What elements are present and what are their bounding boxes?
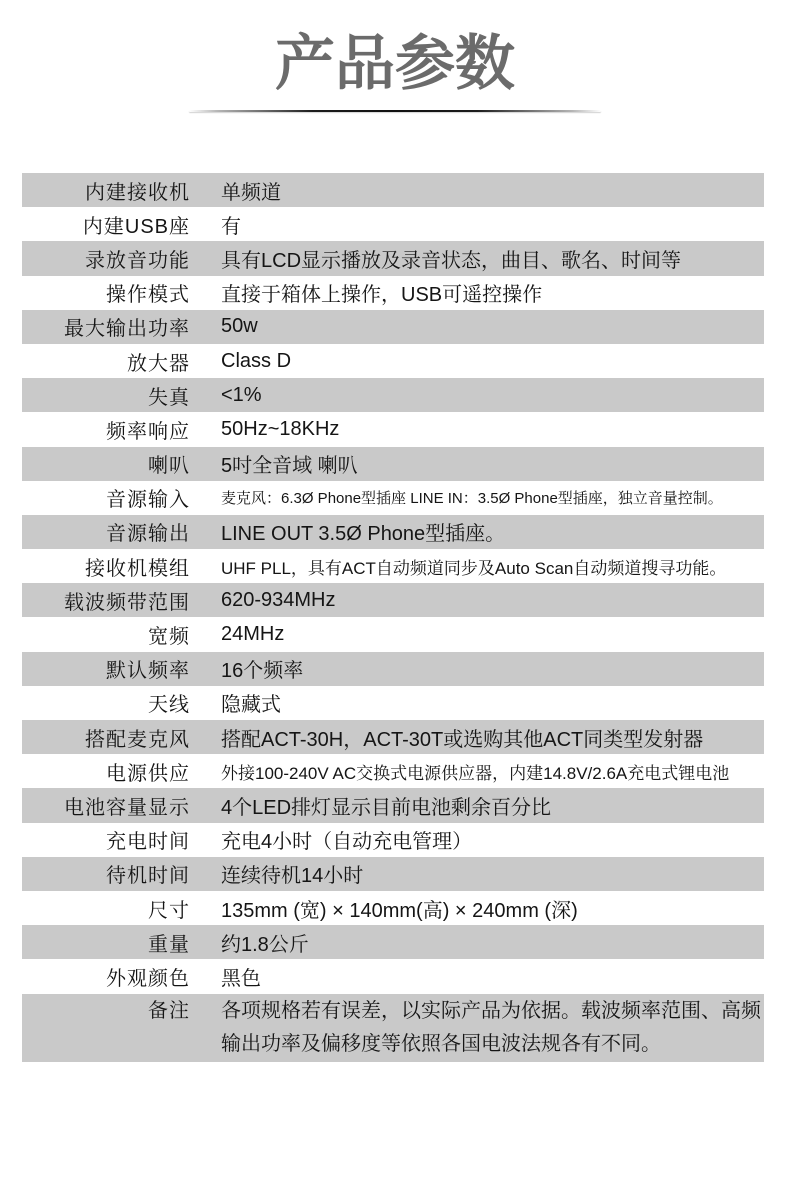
title-divider xyxy=(189,110,601,112)
spec-label: 内建USB座 xyxy=(22,210,190,239)
spec-row: 载波频带范围620-934MHz xyxy=(22,583,764,617)
spec-row: 内建接收机单频道 xyxy=(22,173,764,207)
spec-label: 电池容量显示 xyxy=(22,791,190,820)
spec-row: 喇叭5吋全音域 喇叭 xyxy=(22,447,764,481)
spec-label: 重量 xyxy=(22,928,190,957)
spec-value: 620-934MHz xyxy=(221,589,764,612)
spec-value: 单频道 xyxy=(221,176,764,205)
spec-value: 5吋全音域 喇叭 xyxy=(221,449,764,478)
spec-row: 充电时间充电4小时（自动充电管理） xyxy=(22,823,764,857)
product-spec-page: 产品参数 内建接收机单频道内建USB座有录放音功能具有LCD显示播放及录音状态，… xyxy=(0,0,790,1180)
spec-row: 录放音功能具有LCD显示播放及录音状态，曲目、歌名、时间等 xyxy=(22,241,764,275)
spec-row: 宽频24MHz xyxy=(22,617,764,651)
spec-row: 操作模式直接于箱体上操作，USB可遥控操作 xyxy=(22,276,764,310)
spec-value: UHF PLL，具有ACT自动频道同步及Auto Scan自动频道搜寻功能。 xyxy=(221,554,764,579)
spec-label: 喇叭 xyxy=(22,449,190,478)
spec-value: 隐藏式 xyxy=(221,688,764,717)
spec-row: 默认频率16个频率 xyxy=(22,652,764,686)
spec-label: 默认频率 xyxy=(22,654,190,683)
spec-table: 内建接收机单频道内建USB座有录放音功能具有LCD显示播放及录音状态，曲目、歌名… xyxy=(22,173,764,1062)
spec-value: <1% xyxy=(221,384,764,407)
spec-value: 50w xyxy=(221,315,764,338)
spec-row: 音源输入麦克风：6.3Ø Phone型插座 LINE IN：3.5Ø Phone… xyxy=(22,481,764,515)
spec-label: 放大器 xyxy=(22,347,190,376)
spec-label: 搭配麦克风 xyxy=(22,723,190,752)
spec-label: 接收机模组 xyxy=(22,552,190,581)
spec-value: 50Hz~18KHz xyxy=(221,418,764,441)
spec-value: 直接于箱体上操作，USB可遥控操作 xyxy=(221,278,764,307)
spec-value: 24MHz xyxy=(221,623,764,646)
spec-label: 充电时间 xyxy=(22,825,190,854)
spec-value: LINE OUT 3.5Ø Phone型插座。 xyxy=(221,517,764,546)
spec-value: 麦克风：6.3Ø Phone型插座 LINE IN：3.5Ø Phone型插座，… xyxy=(221,487,764,508)
spec-value: 有 xyxy=(221,210,764,239)
spec-label: 尺寸 xyxy=(22,894,190,923)
spec-label: 音源输出 xyxy=(22,517,190,546)
spec-label: 天线 xyxy=(22,688,190,717)
spec-value: 4个LED排灯显示目前电池剩余百分比 xyxy=(221,791,764,820)
spec-label: 失真 xyxy=(22,381,190,410)
spec-label: 频率响应 xyxy=(22,415,190,444)
spec-value: Class D xyxy=(221,350,764,373)
spec-label: 待机时间 xyxy=(22,859,190,888)
spec-row: 失真<1% xyxy=(22,378,764,412)
spec-label: 载波频带范围 xyxy=(22,586,190,615)
page-title: 产品参数 xyxy=(0,24,790,104)
spec-value: 135mm (宽) × 140mm(高) × 240mm (深) xyxy=(221,894,764,923)
spec-row: 天线隐藏式 xyxy=(22,686,764,720)
spec-label: 电源供应 xyxy=(22,757,190,786)
spec-row: 最大输出功率50w xyxy=(22,310,764,344)
spec-value: 外接100-240V AC交换式电源供应器，内建14.8V/2.6A充电式锂电池 xyxy=(221,759,764,784)
spec-row: 尺寸135mm (宽) × 140mm(高) × 240mm (深) xyxy=(22,891,764,925)
spec-label: 操作模式 xyxy=(22,278,190,307)
spec-value: 充电4小时（自动充电管理） xyxy=(221,825,764,854)
spec-value: 黑色 xyxy=(221,962,764,991)
spec-row: 外观颜色黑色 xyxy=(22,959,764,993)
spec-label: 录放音功能 xyxy=(22,244,190,273)
spec-row: 电池容量显示4个LED排灯显示目前电池剩余百分比 xyxy=(22,788,764,822)
spec-row: 频率响应50Hz~18KHz xyxy=(22,412,764,446)
spec-row: 搭配麦克风搭配ACT-30H，ACT-30T或选购其他ACT同类型发射器 xyxy=(22,720,764,754)
spec-value: 具有LCD显示播放及录音状态，曲目、歌名、时间等 xyxy=(221,244,764,273)
spec-row: 放大器Class D xyxy=(22,344,764,378)
spec-row: 重量约1.8公斤 xyxy=(22,925,764,959)
spec-value: 连续待机14小时 xyxy=(221,859,764,888)
spec-value: 搭配ACT-30H，ACT-30T或选购其他ACT同类型发射器 xyxy=(221,723,764,752)
spec-row: 接收机模组UHF PLL，具有ACT自动频道同步及Auto Scan自动频道搜寻… xyxy=(22,549,764,583)
spec-label: 内建接收机 xyxy=(22,176,190,205)
spec-row: 电源供应外接100-240V AC交换式电源供应器，内建14.8V/2.6A充电… xyxy=(22,754,764,788)
spec-label: 宽频 xyxy=(22,620,190,649)
spec-label: 音源输入 xyxy=(22,483,190,512)
spec-label: 外观颜色 xyxy=(22,962,190,991)
spec-row: 备注各项规格若有误差，以实际产品为依据。载波频率范围、高频 输出功率及偏移度等依… xyxy=(22,994,764,1062)
spec-row: 音源输出LINE OUT 3.5Ø Phone型插座。 xyxy=(22,515,764,549)
spec-row: 内建USB座有 xyxy=(22,207,764,241)
spec-value: 各项规格若有误差，以实际产品为依据。载波频率范围、高频 输出功率及偏移度等依照各… xyxy=(221,994,764,1062)
spec-value: 16个频率 xyxy=(221,654,764,683)
spec-label: 最大输出功率 xyxy=(22,312,190,341)
spec-row: 待机时间连续待机14小时 xyxy=(22,857,764,891)
spec-value: 约1.8公斤 xyxy=(221,928,764,957)
spec-label: 备注 xyxy=(22,994,190,1029)
